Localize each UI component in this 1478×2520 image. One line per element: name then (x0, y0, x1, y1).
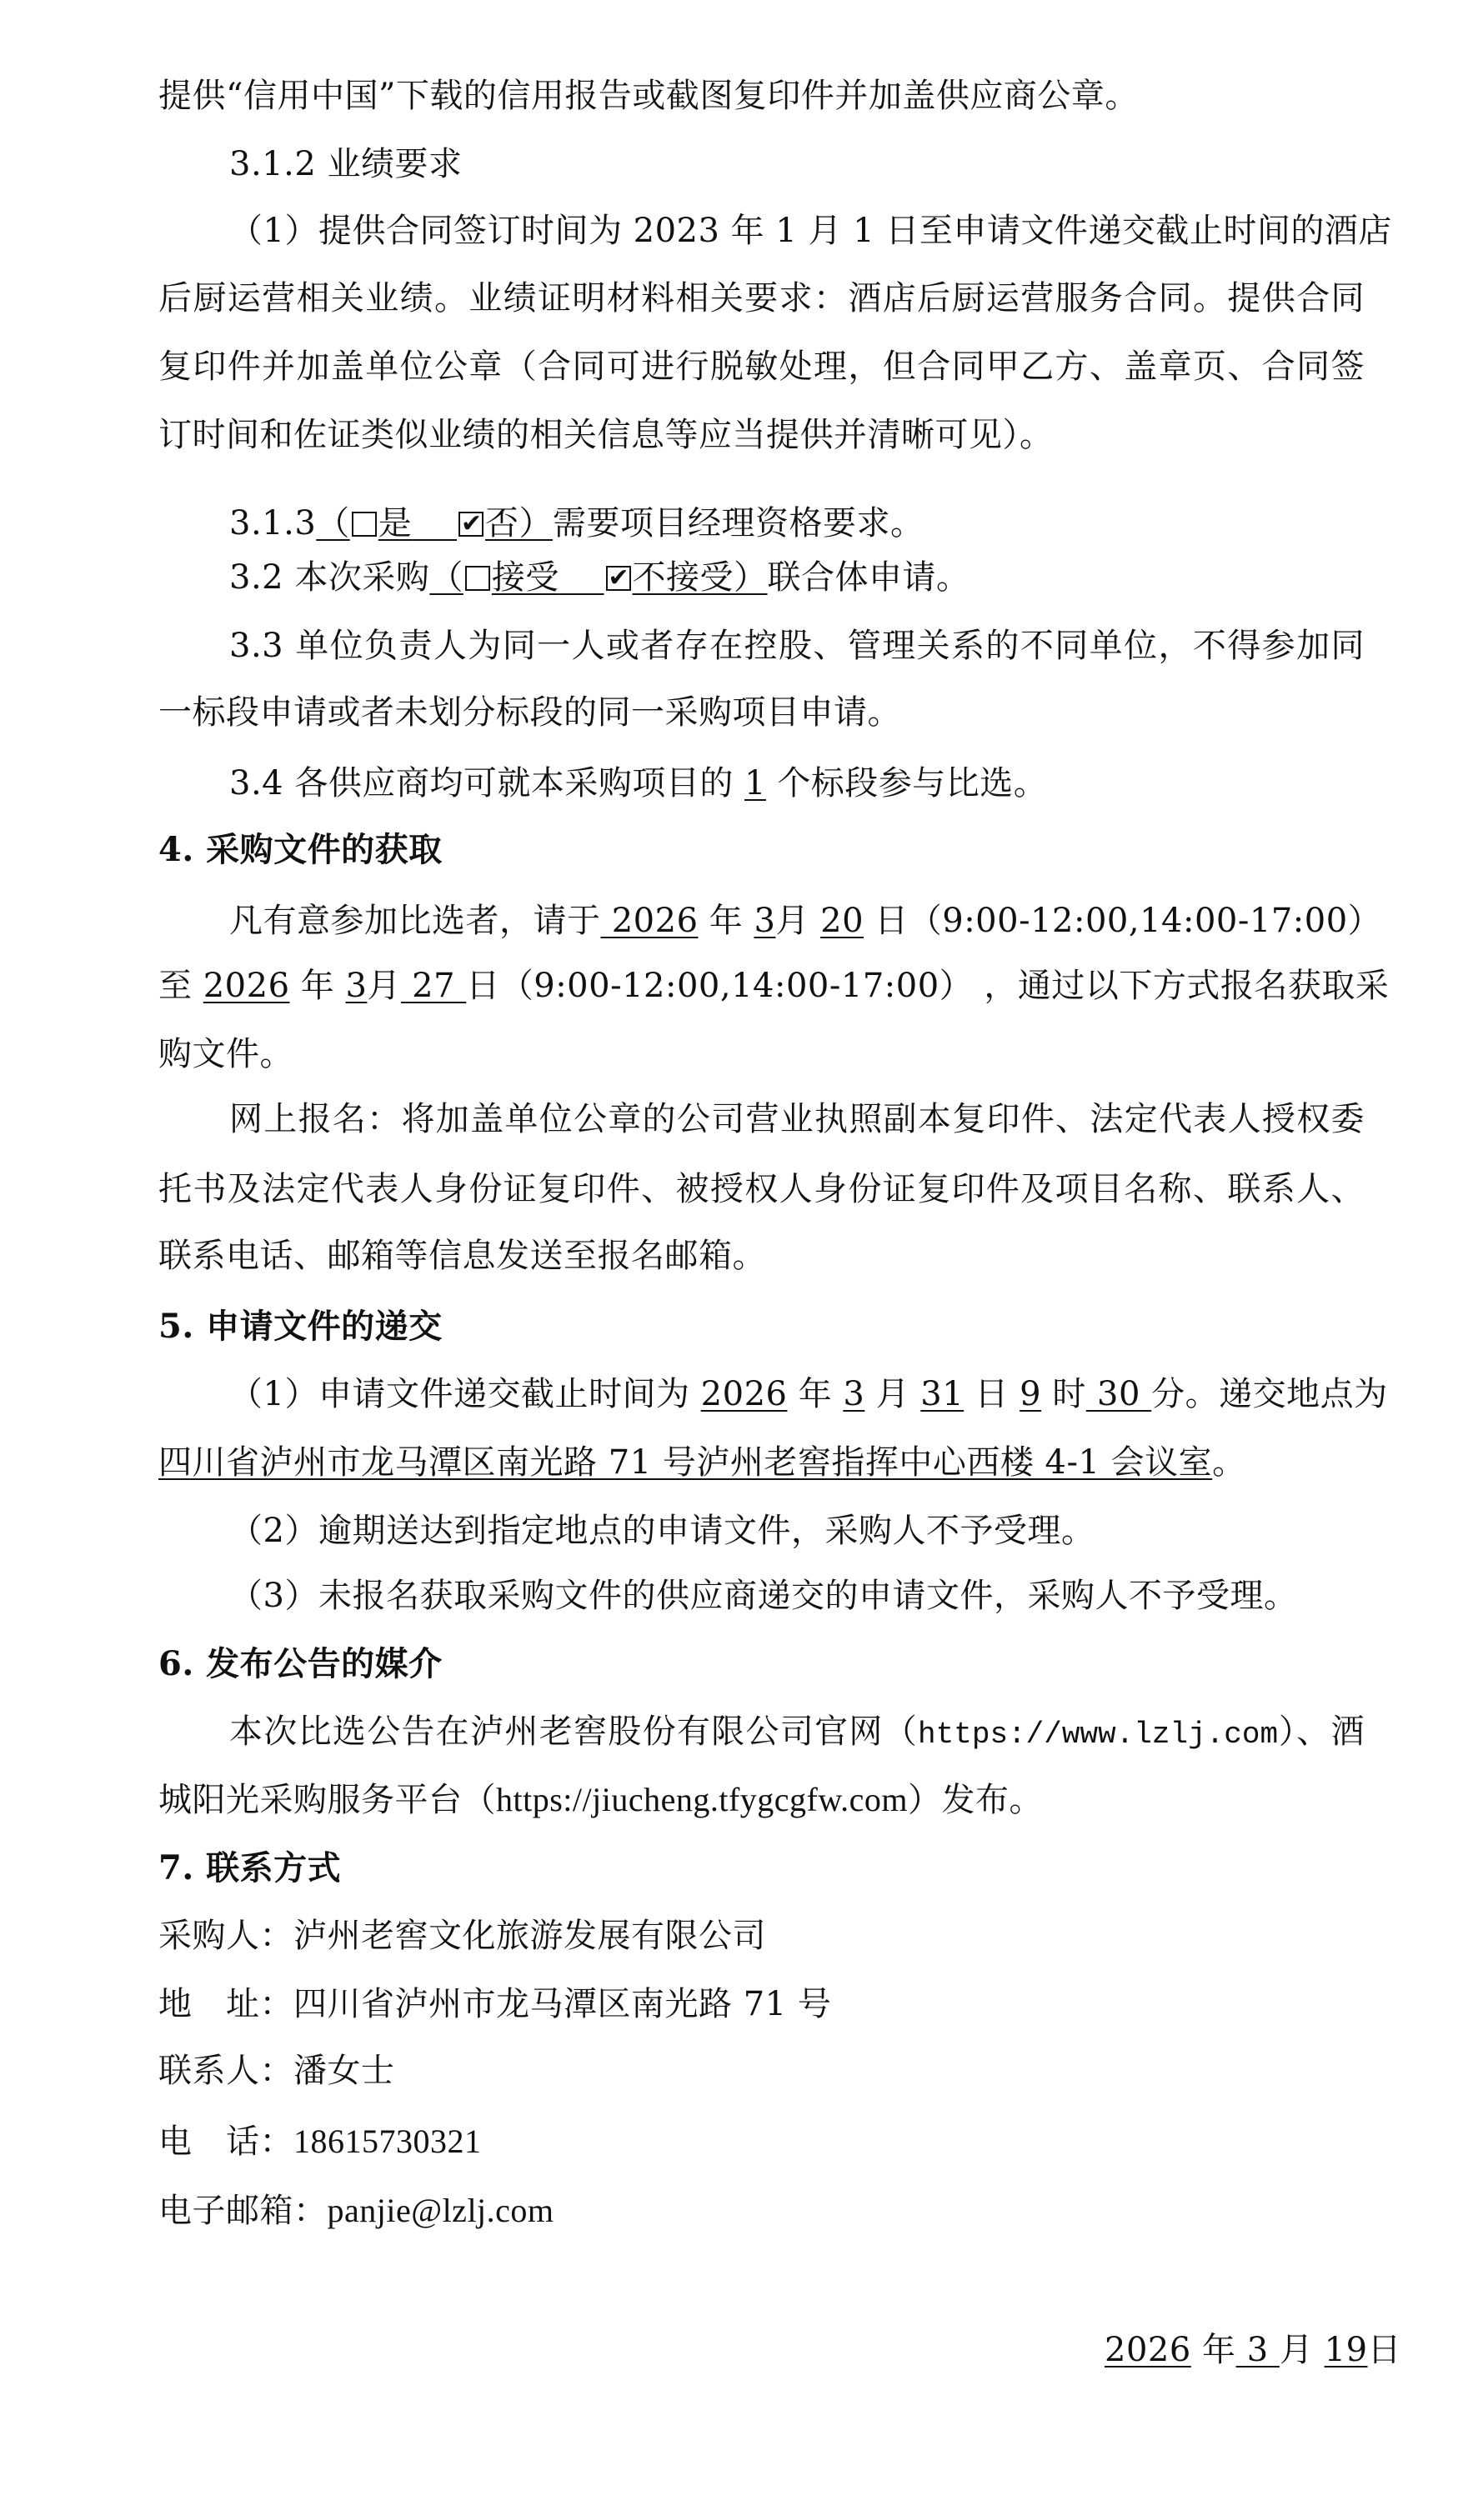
checkbox-reject-checked[interactable] (606, 566, 631, 591)
end-day: 27 (401, 967, 466, 1005)
start-year: 2026 (601, 902, 699, 940)
registration-start-line: 凡有意参加比选者，请于 2026 年 3月 20 日（9:00-12:00,14… (229, 896, 1365, 946)
deadline-year: 2026 (701, 1375, 788, 1413)
checkbox-no-label: 否 (485, 504, 519, 542)
contact-address: 地 址：四川省泸州市龙马潭区南光路 71 号 (158, 1979, 1365, 2029)
checkbox-no-checked[interactable] (458, 512, 483, 537)
start-day: 20 (820, 902, 864, 940)
deadline-minute: 30 (1086, 1375, 1151, 1413)
late-submission-rule: （2）逾期送达到指定地点的申请文件，采购人不予受理。 (229, 1506, 1365, 1556)
performance-line-1: （1）提供合同签订时间为 2023 年 1 月 1 日至申请文件递交截止时间的酒… (229, 206, 1365, 256)
checkbox-yes[interactable] (352, 512, 377, 537)
contact-person: 联系人：潘女士 (158, 2046, 1365, 2096)
heading-section-4: 4. 采购文件的获取 (158, 825, 1365, 875)
text-3-2-suffix: 联合体申请。 (768, 558, 970, 597)
online-registration-line-2: 托书及法定代表人身份证复印件、被授权人身份证复印件及项目名称、联系人、 (158, 1164, 1365, 1214)
consortium-options: （接受 不接受） (429, 558, 767, 597)
deadline-line: （1）申请文件递交截止时间为 2026 年 3 月 31 日 9 时 30 分。… (229, 1369, 1365, 1419)
performance-line-2: 后厨运营相关业绩。业绩证明材料相关要求：酒店后厨运营服务合同。提供合同 (158, 273, 1365, 323)
pm-requirement-options: （是 否） (316, 504, 553, 542)
signature-day: 19 (1325, 2331, 1368, 2369)
start-month: 3 (754, 902, 775, 940)
signature-month: 3 (1236, 2331, 1280, 2369)
link-lzlj-website[interactable]: https://www.lzlj.com (918, 1717, 1278, 1752)
submission-location-line: 四川省泸州市龙马潭区南光路 71 号泸州老窖指挥中心西楼 4-1 会议室。 (158, 1437, 1365, 1487)
contact-email: 电子邮箱：panjie@lzlj.com (158, 2186, 1365, 2236)
row-3-2: 3.2 本次采购（接受 不接受）联合体申请。 (229, 552, 1365, 602)
signature-year: 2026 (1105, 2331, 1191, 2369)
contact-phone: 电 话：18615730321 (158, 2117, 1365, 2167)
checkbox-reject-label: 不接受 (633, 558, 734, 597)
label-3-1-3: 3.1.3 (229, 504, 316, 542)
media-line-1: 本次比选公告在泸州老窖股份有限公司官网（https://www.lzlj.com… (229, 1707, 1365, 1757)
media-line-2: 城阳光采购服务平台（https://jiucheng.tfygcgfw.com）… (158, 1775, 1365, 1825)
deadline-month: 3 (843, 1375, 864, 1413)
checkbox-yes-label: 是 (378, 504, 413, 542)
start-hours: （9:00-12:00,14:00-17:00） (909, 902, 1381, 940)
performance-line-3: 复印件并加盖单位公章（合同可进行脱敏处理，但合同甲乙方、盖章页、合同签 (158, 342, 1365, 392)
lot-count: 1 (744, 764, 766, 802)
label-3-2: 3.2 本次采购 (229, 558, 429, 597)
unregistered-submission-rule: （3）未报名获取采购文件的供应商递交的申请文件，采购人不予受理。 (229, 1571, 1365, 1621)
registration-end-line: 至 2026 年 3月 27 日（9:00-12:00,14:00-17:00）… (158, 961, 1365, 1011)
heading-section-7: 7. 联系方式 (158, 1843, 1365, 1893)
row-3-1-3: 3.1.3（是 否）需要项目经理资格要求。 (229, 498, 1365, 548)
performance-line-4: 订时间和佐证类似业绩的相关信息等应当提供并清晰可见）。 (158, 410, 1365, 460)
row-3-4: 3.4 各供应商均可就本采购项目的 1 个标段参与比选。 (229, 758, 1365, 808)
end-month: 3 (345, 967, 367, 1005)
online-registration-line-1: 网上报名：将加盖单位公章的公司营业执照副本复印件、法定代表人授权委 (229, 1094, 1365, 1144)
submission-location: 四川省泸州市龙马潭区南光路 71 号泸州老窖指挥中心西楼 4-1 会议室 (158, 1443, 1212, 1482)
heading-3-1-2: 3.1.2 业绩要求 (229, 139, 1365, 189)
rule-3-3-line-2: 一标段申请或者未划分标段的同一采购项目申请。 (158, 687, 1365, 737)
registration-line-3: 购文件。 (158, 1029, 1365, 1079)
contact-purchaser: 采购人：泸州老窖文化旅游发展有限公司 (158, 1911, 1365, 1961)
signature-date: 2026 年 3 月 19日 (1105, 2325, 1388, 2375)
rule-3-3-line-1: 3.3 单位负责人为同一人或者存在控股、管理关系的不同单位，不得参加同 (229, 621, 1365, 671)
deadline-day: 31 (920, 1375, 964, 1413)
deadline-hour: 9 (1020, 1375, 1041, 1413)
checkbox-accept-label: 接受 (492, 558, 559, 597)
text-3-1-3-suffix: 需要项目经理资格要求。 (553, 504, 924, 542)
heading-section-6: 6. 发布公告的媒介 (158, 1639, 1365, 1689)
heading-section-5: 5. 申请文件的递交 (158, 1302, 1365, 1352)
online-registration-line-3: 联系电话、邮箱等信息发送至报名邮箱。 (158, 1231, 1365, 1281)
link-jiucheng-platform[interactable]: https://jiucheng.tfygcgfw.com (496, 1781, 908, 1818)
end-hours: （9:00-12:00,14:00-17:00） (500, 967, 973, 1005)
paragraph-credit-report: 提供“信用中国”下载的信用报告或截图复印件并加盖供应商公章。 (158, 71, 1365, 121)
end-year: 2026 (203, 967, 290, 1005)
email-link[interactable]: panjie@lzlj.com (328, 2192, 554, 2229)
checkbox-accept[interactable] (465, 566, 490, 591)
